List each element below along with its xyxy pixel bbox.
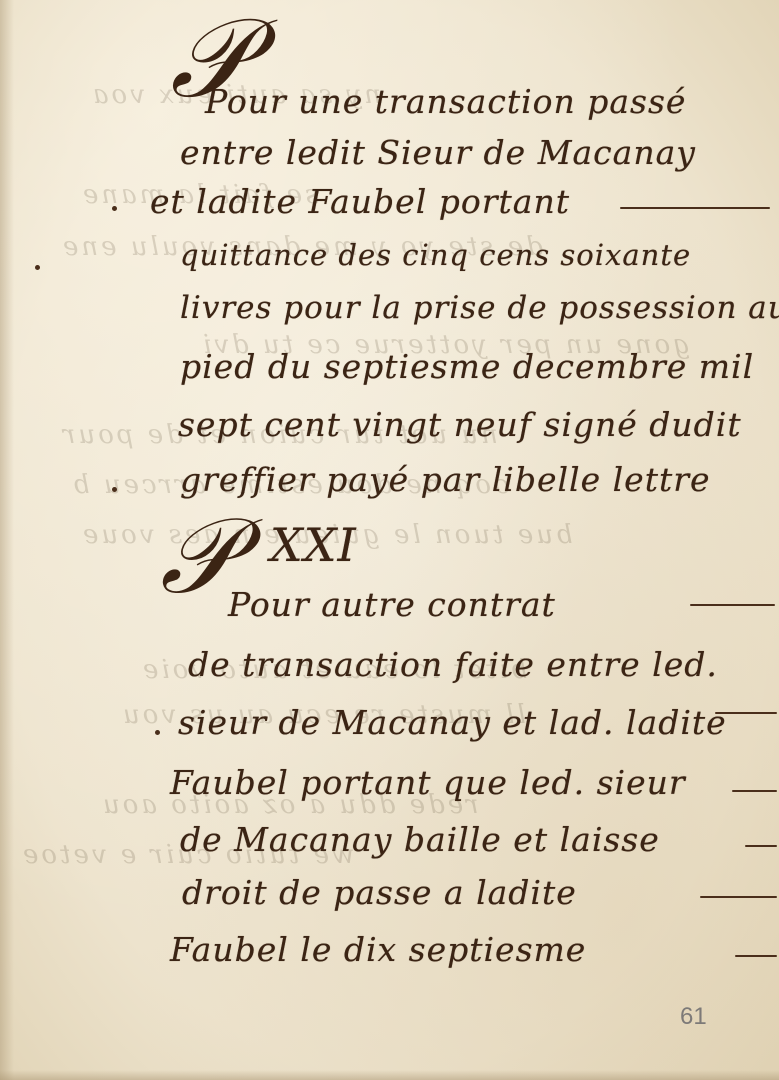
line-filler-stroke [715, 712, 777, 714]
line-filler-stroke [732, 790, 777, 792]
manuscript-line: quittance des cinq cens soixante [180, 238, 691, 272]
margin-mark [112, 206, 117, 211]
manuscript-line: droit de passe a ladite [182, 873, 577, 912]
margin-mark [155, 730, 160, 735]
manuscript-line: sieur de Macanay et lad. ladite [178, 703, 727, 742]
line-filler-stroke [745, 845, 777, 847]
line-filler-stroke [620, 207, 770, 209]
manuscript-line: Pour autre contrat [228, 585, 556, 624]
manuscript-line: livres pour la prise de possession au [180, 290, 779, 326]
manuscript-line: Faubel portant que led. sieur [170, 763, 686, 802]
manuscript-line: sept cent vingt neuf signé dudit [178, 405, 742, 444]
manuscript-line: entre ledit Sieur de Macanay [180, 133, 696, 172]
manuscript-line: Pour une transaction passé [205, 82, 686, 121]
line-filler-stroke [690, 604, 775, 606]
manuscript-line: Faubel le dix septiesme [170, 930, 586, 969]
line-filler-stroke [700, 896, 777, 898]
manuscript-line: de Macanay baille et laisse [180, 820, 660, 859]
section-number: XXI [270, 518, 357, 572]
manuscript-line: de transaction faite entre led. [188, 645, 718, 684]
folio-number: 61 [680, 1003, 707, 1031]
line-filler-stroke [735, 955, 777, 957]
flourish-capital-p-middle: 𝒫 [160, 495, 236, 619]
manuscript-line: et ladite Faubel portant [150, 182, 570, 221]
margin-mark [112, 487, 117, 492]
margin-mark [35, 265, 40, 270]
manuscript-line: greffier payé par libelle lettre [180, 460, 711, 499]
manuscript-line: pied du septiesme decembre mil [180, 347, 754, 386]
manuscript-page: ny sa auti eux voa de ste yo y me dans v… [0, 0, 779, 1080]
